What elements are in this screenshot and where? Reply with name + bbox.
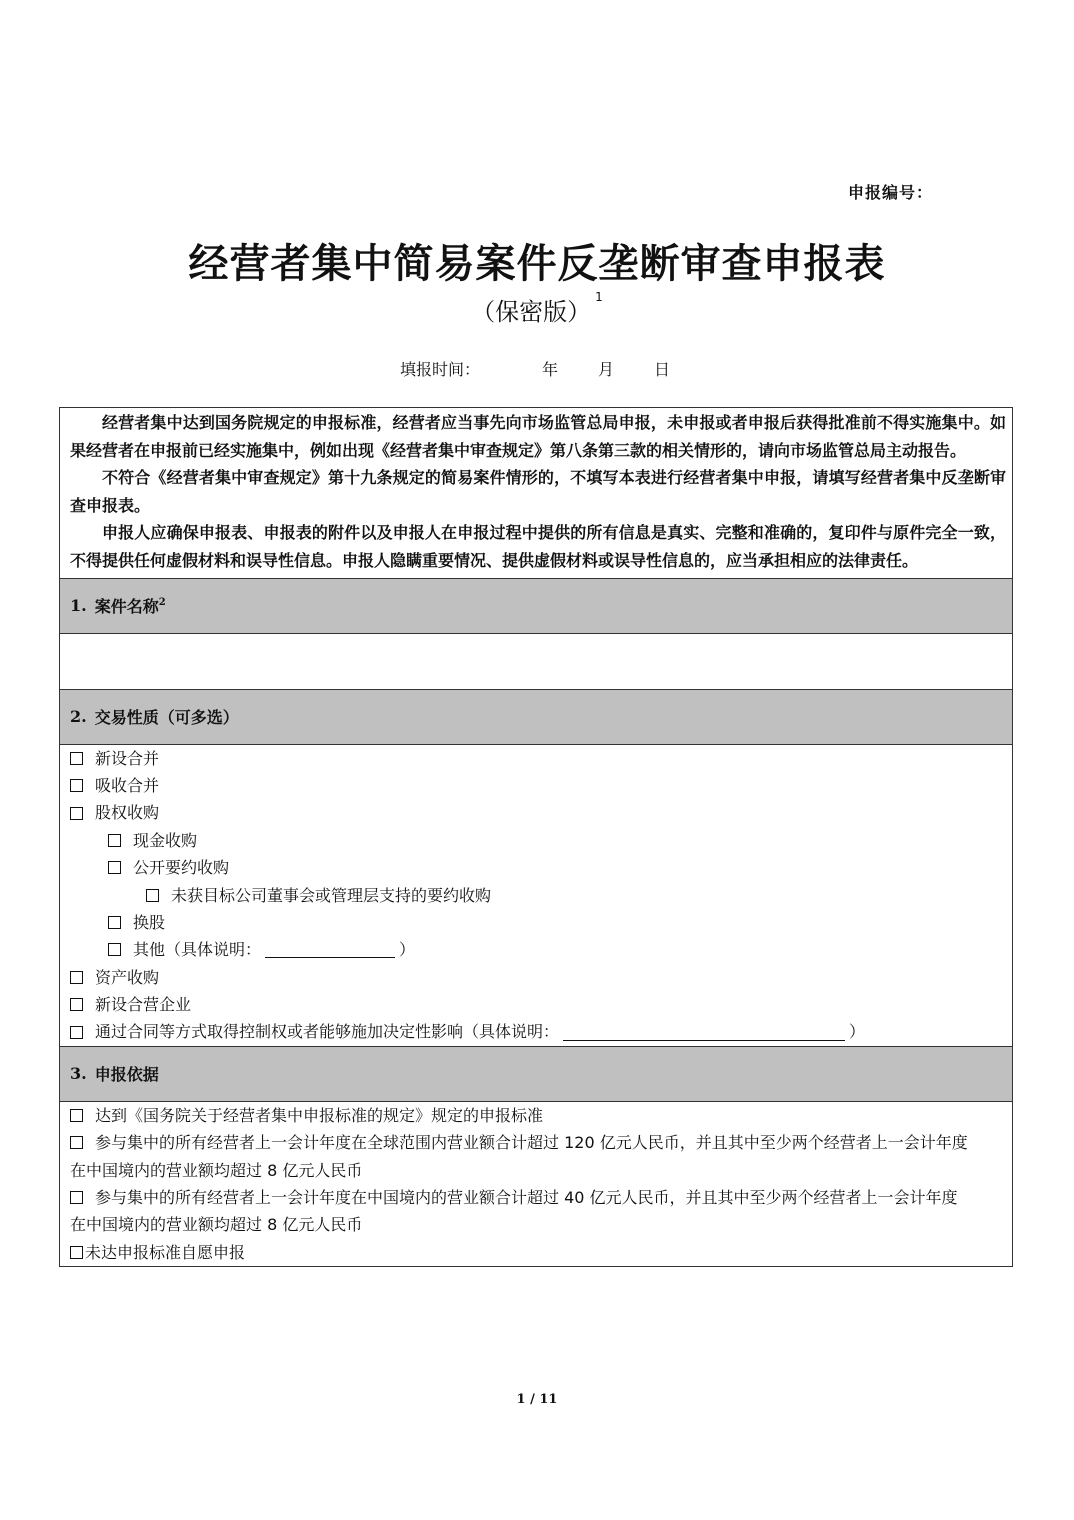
option-china-turnover-threshold[interactable]: 参与集中的所有经营者上一会计年度在中国境内的营业额合计超过 40 亿元人民币，并… <box>70 1184 972 1239</box>
option-other[interactable]: 其他（具体说明：） <box>70 936 1012 963</box>
option-new-joint-venture[interactable]: 新设合营企业 <box>70 991 1012 1018</box>
option-share-exchange[interactable]: 换股 <box>70 909 1012 936</box>
notice-paragraph: 不符合《经营者集中审查规定》第十九条规定的简易案件情形的，不填写本表进行经营者集… <box>70 464 1006 519</box>
option-label: 换股 <box>133 909 165 936</box>
checkbox[interactable] <box>70 998 83 1011</box>
subtitle-text: （保密版） <box>471 298 591 326</box>
page-title: 经营者集中简易案件反垄断审查申报表 <box>0 232 1074 289</box>
other-specify-field[interactable] <box>265 941 395 958</box>
option-suffix: ） <box>399 936 415 963</box>
section-number: 2. <box>70 707 87 726</box>
page-number: 1 / 11 <box>0 1392 1074 1407</box>
checkbox[interactable] <box>70 779 83 792</box>
control-specify-field[interactable] <box>563 1024 845 1041</box>
case-name-field[interactable] <box>60 633 1012 689</box>
checkbox[interactable] <box>70 1109 83 1122</box>
option-label: 公开要约收购 <box>133 854 229 881</box>
option-control-by-contract[interactable]: 通过合同等方式取得控制权或者能够施加决定性影响（具体说明：） <box>70 1018 1012 1045</box>
section-header-transaction-nature: 2. 交易性质（可多选） <box>60 689 1012 744</box>
page-subtitle: （保密版）1 <box>0 292 1074 327</box>
option-suffix: ） <box>849 1018 865 1045</box>
option-label: 其他（具体说明： <box>133 936 261 963</box>
application-form-table: 经营者集中达到国务院规定的申报标准，经营者应当事先向市场监管总局申报，未申报或者… <box>59 407 1013 1267</box>
checkbox[interactable] <box>108 861 121 874</box>
checkbox[interactable] <box>108 943 121 956</box>
checkbox[interactable] <box>70 752 83 765</box>
option-voluntary-filing[interactable]: 未达申报标准自愿申报 <box>70 1239 972 1266</box>
notice-paragraph: 经营者集中达到国务院规定的申报标准，经营者应当事先向市场监管总局申报，未申报或者… <box>70 409 1006 464</box>
section-number: 1. <box>70 596 87 615</box>
notice-block: 经营者集中达到国务院规定的申报标准，经营者应当事先向市场监管总局申报，未申报或者… <box>60 408 1012 578</box>
fill-date-label: 填报时间： <box>400 357 542 380</box>
option-label: 未获目标公司董事会或管理层支持的要约收购 <box>171 882 491 909</box>
fill-date-day[interactable]: 日 <box>654 357 670 380</box>
fill-date: 填报时间：年月日 <box>400 357 670 380</box>
option-label: 现金收购 <box>133 827 197 854</box>
section-header-case-name: 1. 案件名称2 <box>60 578 1012 633</box>
checkbox[interactable] <box>70 1246 83 1259</box>
filing-number-label: 申报编号： <box>848 180 933 203</box>
option-label: 资产收购 <box>95 964 159 991</box>
option-new-merger[interactable]: 新设合并 <box>70 745 1012 772</box>
section-title: 申报依据 <box>95 1062 159 1085</box>
section-number: 3. <box>70 1064 87 1083</box>
filing-basis-options: 达到《国务院关于经营者集中申报标准的规定》规定的申报标准 参与集中的所有经营者上… <box>60 1101 1012 1266</box>
checkbox[interactable] <box>108 916 121 929</box>
notice-paragraph: 申报人应确保申报表、申报表的附件以及申报人在申报过程中提供的所有信息是真实、完整… <box>70 519 1006 574</box>
transaction-nature-options: 新设合并 吸收合并 股权收购 现金收购 公开要约收购 未获目标公司董事会或管理层… <box>60 744 1012 1046</box>
section-title: 交易性质（可多选） <box>95 705 239 728</box>
option-label: 参与集中的所有经营者上一会计年度在中国境内的营业额合计超过 40 亿元人民币，并… <box>70 1188 958 1234</box>
section-header-filing-basis: 3. 申报依据 <box>60 1046 1012 1101</box>
option-absorption-merger[interactable]: 吸收合并 <box>70 772 1012 799</box>
option-global-turnover-threshold[interactable]: 参与集中的所有经营者上一会计年度在全球范围内营业额合计超过 120 亿元人民币，… <box>70 1129 972 1184</box>
checkbox[interactable] <box>70 1191 83 1204</box>
section-title: 案件名称 <box>95 594 159 617</box>
option-label: 新设合并 <box>95 745 159 772</box>
fill-date-year[interactable]: 年 <box>542 357 598 380</box>
option-label: 未达申报标准自愿申报 <box>85 1243 245 1262</box>
option-label: 新设合营企业 <box>95 991 191 1018</box>
option-equity-acquisition[interactable]: 股权收购 <box>70 799 1012 826</box>
checkbox[interactable] <box>70 1026 83 1039</box>
footnote-ref-2[interactable]: 2 <box>159 597 166 608</box>
checkbox[interactable] <box>70 971 83 984</box>
option-label: 通过合同等方式取得控制权或者能够施加决定性影响（具体说明： <box>95 1018 559 1045</box>
option-hostile-tender-offer[interactable]: 未获目标公司董事会或管理层支持的要约收购 <box>70 882 1012 909</box>
option-asset-acquisition[interactable]: 资产收购 <box>70 964 1012 991</box>
option-label: 股权收购 <box>95 799 159 826</box>
option-label: 参与集中的所有经营者上一会计年度在全球范围内营业额合计超过 120 亿元人民币，… <box>70 1133 968 1179</box>
checkbox[interactable] <box>146 889 159 902</box>
option-label: 达到《国务院关于经营者集中申报标准的规定》规定的申报标准 <box>95 1106 543 1125</box>
checkbox[interactable] <box>70 807 83 820</box>
footnote-ref-1[interactable]: 1 <box>595 290 603 304</box>
option-tender-offer[interactable]: 公开要约收购 <box>70 854 1012 881</box>
checkbox[interactable] <box>108 834 121 847</box>
fill-date-month[interactable]: 月 <box>598 357 654 380</box>
option-label: 吸收合并 <box>95 772 159 799</box>
option-meets-state-council-threshold[interactable]: 达到《国务院关于经营者集中申报标准的规定》规定的申报标准 <box>70 1102 972 1129</box>
checkbox[interactable] <box>70 1136 83 1149</box>
option-cash-acquisition[interactable]: 现金收购 <box>70 827 1012 854</box>
